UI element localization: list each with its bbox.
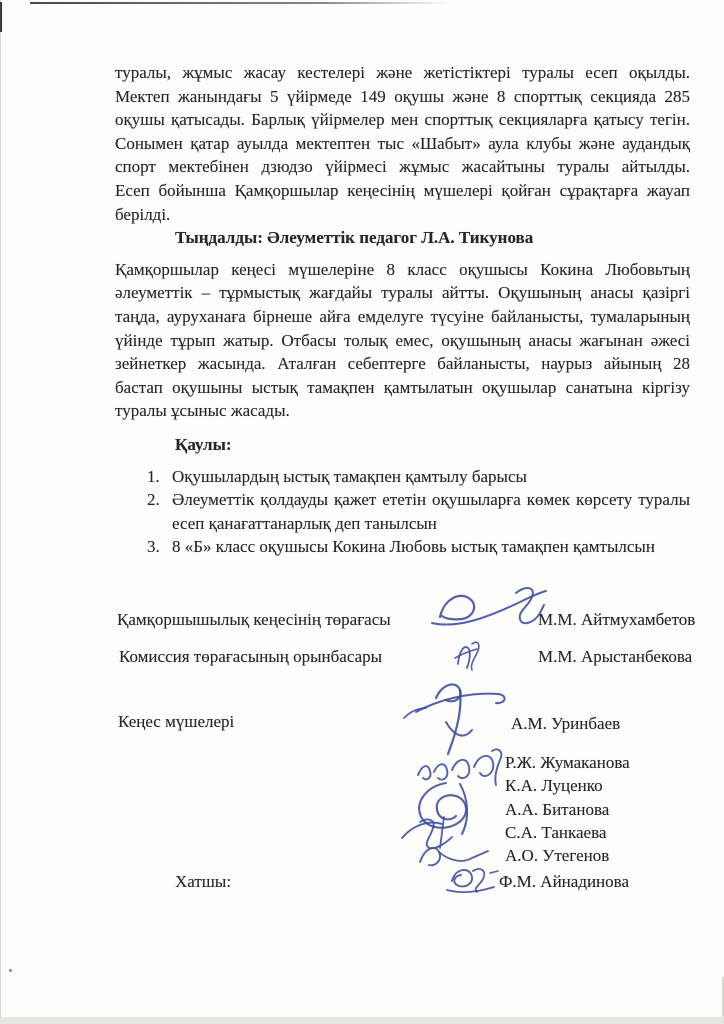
scan-artifact-left-edge — [0, 0, 1, 1024]
member-name: К.А. Луценко — [505, 774, 630, 797]
resolution-item-3: 3. 8 «Б» класс оқушысы Кокина Любовь ыст… — [147, 535, 690, 559]
paragraph-club-report: туралы, жұмыс жасау кестелері және жетіс… — [115, 61, 690, 226]
deputy-name: М.М. Арыстанбекова — [538, 645, 692, 669]
scan-artifact-top-line — [30, 2, 450, 4]
signature-ainadinova-icon — [442, 863, 502, 897]
chairman-name: М.М. Айтмухамбетов — [538, 608, 695, 632]
member-name: А.А. Битанова — [505, 798, 630, 821]
text-line: берілді. — [115, 203, 690, 227]
text-line: үйінде тұрып жатыр. Отбасы толық емес, о… — [115, 329, 690, 353]
text-line: Есеп бойынша Қамқоршылар кеңесінің мүшел… — [115, 179, 690, 203]
scan-artifact-bottom-band — [0, 1017, 724, 1024]
deputy-label: Комиссия төрағасының орынбасары — [119, 645, 382, 669]
text-line: Мектеп жанындағы 5 үйірмеде 149 оқушы жә… — [115, 85, 690, 109]
text-line: әлеуметтік – тұрмыстық жағдайы туралы ай… — [115, 281, 690, 305]
member-name: С.А. Танкаева — [505, 821, 630, 844]
item-number: 1. — [147, 465, 172, 489]
text-line: бастап оқушыны ыстық тамақпен қамтылатын… — [115, 376, 690, 400]
text-line: 8 «Б» класс оқушысы Кокина Любовь ыстық … — [172, 535, 690, 559]
signature-aitmukhambetov-icon — [430, 583, 550, 635]
signature-arystanbekova-icon — [450, 636, 484, 672]
secretary-label: Хатшы: — [175, 870, 231, 894]
member-name-urinbaev: А.М. Уринбаев — [511, 712, 620, 736]
text-line: оқушы қатысады. Барлық үйірмелер мен спо… — [115, 108, 690, 132]
members-label: Кеңес мүшелері — [118, 710, 234, 734]
text-line: спорт мектебінен дзюдзо үйірмесі жұмыс ж… — [115, 155, 690, 179]
text-line: есеп қанағаттанарлық деп танылсын — [172, 512, 690, 536]
scan-artifact-dot — [9, 969, 12, 972]
resolution-item-1: 1. Оқушылардың ыстық тамақпен қамтылу ба… — [147, 465, 690, 489]
paragraph-social-case: Қамқоршылар кеңесі мүшелеріне 8 класс оқ… — [115, 258, 690, 423]
resolution-item-2: 2. Әлеуметтік қолдауды қажет ететін оқуш… — [147, 488, 690, 535]
item-text: Әлеуметтік қолдауды қажет ететін оқушыла… — [172, 488, 690, 535]
heard-heading: Тыңдалды: Әлеуметтік педагог Л.А. Тикуно… — [115, 226, 690, 250]
text-line: туралы, жұмыс жасау кестелері және жетіс… — [115, 61, 690, 85]
text-line: Сонымен қатар ауылда мектептен тыс «Шабы… — [115, 132, 690, 156]
text-line: Қамқоршылар кеңесі мүшелеріне 8 класс оқ… — [115, 258, 690, 282]
item-text: Оқушылардың ыстық тамақпен қамтылу барыс… — [172, 465, 690, 489]
resolution-heading: Қаулы: — [115, 433, 690, 457]
resolution-list: 1. Оқушылардың ыстық тамақпен қамтылу ба… — [115, 465, 690, 559]
text-line: туралы ұсыныс жасады. — [115, 399, 690, 423]
secretary-name: Ф.М. Айнадинова — [499, 870, 629, 894]
text-line: таңда, ауруханаға бірнеше айға емделуге … — [115, 305, 690, 329]
document-content: туралы, жұмыс жасау кестелері және жетіс… — [115, 61, 690, 559]
member-names-list: Р.Ж. Жумаканова К.А. Луценко А.А. Битано… — [505, 751, 630, 867]
scanned-document-page: туралы, жұмыс жасау кестелері және жетіс… — [0, 0, 724, 1024]
text-line: Әлеуметтік қолдауды қажет ететін оқушыла… — [172, 488, 690, 512]
text-line: зейнеткер жасында. Аталған себептерге ба… — [115, 352, 690, 376]
item-number: 3. — [147, 535, 172, 559]
item-number: 2. — [147, 488, 172, 535]
chairman-label: Қамқоршышылық кеңесінің төрағасы — [117, 608, 391, 632]
text-line: Оқушылардың ыстық тамақпен қамтылу барыс… — [172, 465, 690, 489]
item-text: 8 «Б» класс оқушысы Кокина Любовь ыстық … — [172, 535, 690, 559]
member-name: Р.Ж. Жумаканова — [505, 751, 630, 774]
member-name: А.О. Утегенов — [505, 844, 630, 867]
